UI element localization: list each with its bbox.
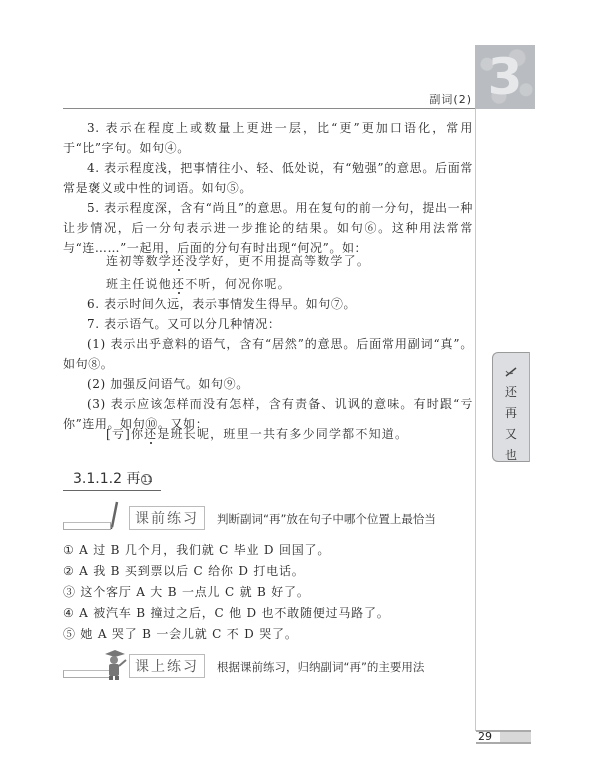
- example-text: 连初等数学: [106, 254, 172, 268]
- example-text: [亏]你: [106, 427, 144, 441]
- example-text: 没学好，更不用提高等数学了。: [185, 254, 370, 268]
- pre-exercise-header: 课前练习 判断副词“再”放在句子中哪个位置上最恰当: [63, 500, 436, 530]
- question-list: ① A 过 B 几个月，我们就 C 毕业 D 回国了。 ② A 我 B 买到票以…: [63, 540, 463, 645]
- example-text: 班主任说他: [106, 277, 172, 291]
- pen-icon: [504, 363, 518, 382]
- chapter-number: 3: [488, 52, 523, 102]
- subpoint-2: (2) 加强反问语气。如句⑨。: [63, 374, 473, 394]
- in-class-exercise-header: 课上练习 根据课前练习，归纳副词“再”的主要用法: [63, 648, 424, 678]
- paragraph-3: 3. 表示在程度上或数量上更进一层，比“更”更加口语化，常用于“比”字句。如句④…: [63, 118, 473, 158]
- paragraph-5: 5. 表示程度深，含有“尚且”的意思。用在复句的前一分句，提出一种让步情况，后一…: [63, 198, 473, 258]
- section-heading: 3.1.1.2 再11: [63, 468, 161, 491]
- question-item: ② A 我 B 买到票以后 C 给你 D 打电话。: [63, 561, 463, 582]
- pre-exercise-label: 课前练习: [129, 506, 205, 530]
- question-item: ③ 这个客厅 A 大 B 一点儿 C 就 B 好了。: [63, 582, 463, 603]
- example-sentence-2: 班主任说他还不听，何况你呢。: [106, 274, 291, 294]
- side-tab-item-hai[interactable]: 还: [505, 382, 517, 403]
- example-sentence-1: 连初等数学还没学好，更不用提高等数学了。: [106, 251, 370, 271]
- page-footer: 29: [476, 730, 531, 744]
- page-number-bar: [500, 732, 531, 742]
- paragraph-6: 6. 表示时间久远，表示事情发生得早。如句⑦。: [63, 294, 473, 314]
- emphasized-word: 还: [144, 427, 157, 441]
- example-sentence-3: [亏]你还是班长呢，班里一共有多少同学都不知道。: [106, 424, 408, 444]
- side-tab-item-ye[interactable]: 也: [505, 445, 517, 466]
- question-item: ⑤ 她 A 哭了 B 一会儿就 C 不 D 哭了。: [63, 624, 463, 645]
- header-rule: [63, 108, 535, 109]
- pre-exercise-instruction: 判断副词“再”放在句子中哪个位置上最恰当: [217, 511, 436, 530]
- pencil-icon: [101, 500, 127, 530]
- footnote-marker[interactable]: 11: [141, 474, 152, 485]
- side-tab-navigation[interactable]: 还 再 又 也: [492, 352, 530, 462]
- section-title: 3.1.1.2 再: [73, 471, 140, 487]
- paragraph-4: 4. 表示程度浅，把事情往小、轻、低处说，有“勉强”的意思。后面常常是褒义或中性…: [63, 158, 473, 198]
- subpoint-1: (1) 表示出乎意料的语气，含有“居然”的意思。后面常用副词“真”。如句⑧。: [63, 334, 473, 374]
- in-class-exercise-instruction: 根据课前练习，归纳副词“再”的主要用法: [217, 659, 424, 678]
- header-title: 副词(2): [400, 91, 472, 107]
- question-item: ① A 过 B 几个月，我们就 C 毕业 D 回国了。: [63, 540, 463, 561]
- paragraph-7: 7. 表示语气。又可以分几种情况：: [63, 314, 473, 334]
- side-tab-item-zai[interactable]: 再: [505, 403, 517, 424]
- emphasized-word: 还: [172, 254, 185, 268]
- emphasized-word: 还: [172, 277, 185, 291]
- graduate-figure-icon: [101, 648, 127, 678]
- margin-divider: [475, 109, 476, 731]
- in-class-exercise-label: 课上练习: [129, 654, 205, 678]
- example-text: 不听，何况你呢。: [185, 277, 291, 291]
- question-item: ④ A 被汽车 B 撞过之后，C 他 D 也不敢随便过马路了。: [63, 603, 463, 624]
- page-number: 29: [476, 732, 500, 742]
- example-text: 是班长呢，班里一共有多少同学都不知道。: [157, 427, 408, 441]
- chapter-badge: 3: [475, 45, 535, 109]
- side-tab-item-you[interactable]: 又: [505, 424, 517, 445]
